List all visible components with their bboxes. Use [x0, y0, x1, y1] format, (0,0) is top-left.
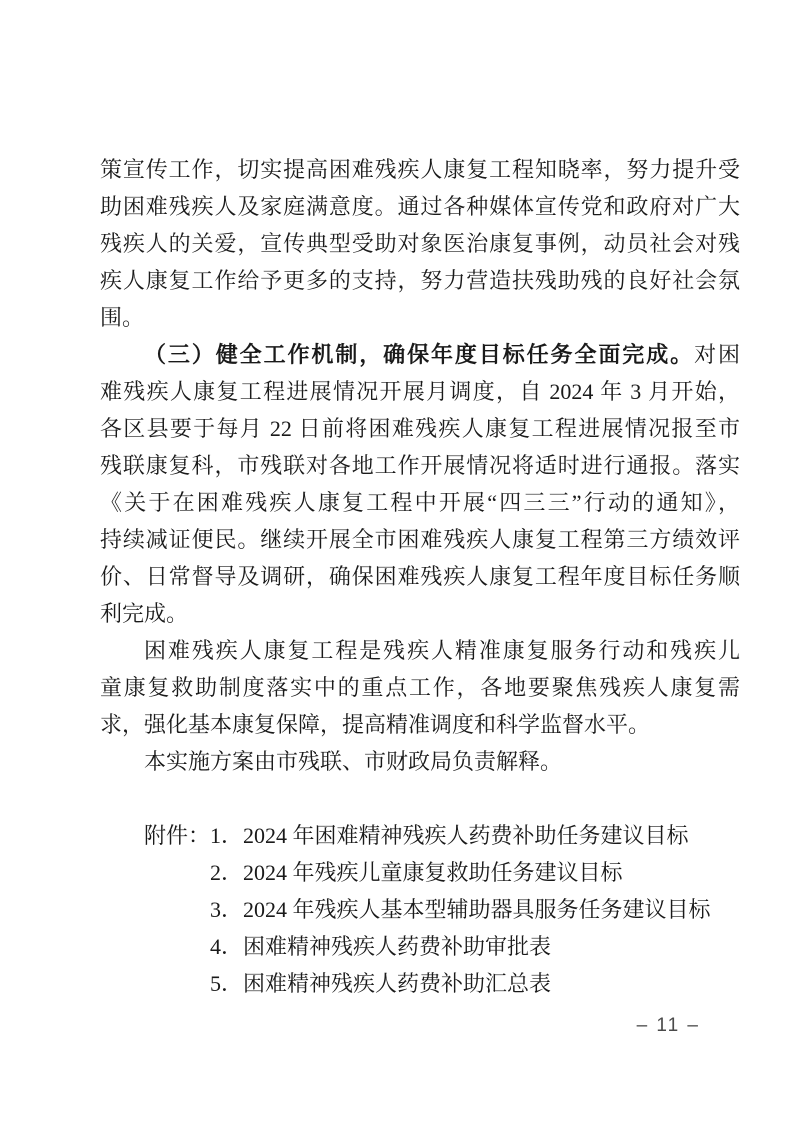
- text-line: 疾人康复工作给予更多的支持，努力营造扶残助残的良好社会氛: [100, 262, 740, 299]
- text-line: 求，强化基本康复保障，提高精准调度和科学监督水平。: [100, 706, 740, 743]
- paragraph-summary: 困难残疾人康复工程是残疾人精准康复服务行动和残疾儿 童康复救助制度落实中的重点工…: [100, 632, 740, 743]
- text-line: 价、日常督导及调研，确保困难残疾人康复工程年度目标任务顺: [100, 558, 740, 595]
- text-line: 围。: [100, 299, 740, 336]
- paragraph-section-three: （三）健全工作机制，确保年度目标任务全面完成。对困 难残疾人康复工程进展情况开展…: [100, 336, 740, 632]
- text-line: 本实施方案由市残联、市财政局负责解释。: [100, 743, 740, 780]
- attachment-item: 4．困难精神残疾人药费补助审批表: [210, 928, 740, 965]
- document-page: 策宣传工作，切实提高困难残疾人康复工程知晓率，努力提升受 助困难残疾人及家庭满意…: [0, 0, 794, 1123]
- attachments-block: 附件： 1．2024 年困难精神残疾人药费补助任务建议目标 2．2024 年残疾…: [100, 817, 740, 1002]
- text-line: 持续减证便民。继续开展全市困难残疾人康复工程第三方绩效评: [100, 521, 740, 558]
- paragraph-interpretation: 本实施方案由市残联、市财政局负责解释。: [100, 743, 740, 780]
- paragraph-continuation: 策宣传工作，切实提高困难残疾人康复工程知晓率，努力提升受 助困难残疾人及家庭满意…: [100, 151, 740, 336]
- text-line: 助困难残疾人及家庭满意度。通过各种媒体宣传党和政府对广大: [100, 188, 740, 225]
- attachment-item: 3．2024 年残疾人基本型辅助器具服务任务建议目标: [210, 891, 740, 928]
- section-lead-text: 对困: [694, 342, 740, 367]
- text-line: 策宣传工作，切实提高困难残疾人康复工程知晓率，努力提升受: [100, 151, 740, 188]
- attachment-item: 2．2024 年残疾儿童康复救助任务建议目标: [210, 854, 740, 891]
- text-line: 利完成。: [100, 595, 740, 632]
- text-line: 《关于在困难残疾人康复工程中开展“四三三”行动的通知》，: [100, 484, 740, 521]
- text-line: 难残疾人康复工程进展情况开展月调度，自 2024 年 3 月开始，: [100, 373, 740, 410]
- text-line: 残联康复科，市残联对各地工作开展情况将适时进行通报。落实: [100, 447, 740, 484]
- section-heading-bold: （三）健全工作机制，确保年度目标任务全面完成。: [144, 342, 694, 367]
- text-line: 残疾人的关爱，宣传典型受助对象医治康复事例，动员社会对残: [100, 225, 740, 262]
- text-line: 童康复救助制度落实中的重点工作，各地要聚焦残疾人康复需: [100, 669, 740, 706]
- attachment-item: 1．2024 年困难精神残疾人药费补助任务建议目标: [210, 817, 740, 854]
- document-body: 策宣传工作，切实提高困难残疾人康复工程知晓率，努力提升受 助困难残疾人及家庭满意…: [100, 151, 740, 1002]
- attachment-item: 5．困难精神残疾人药费补助汇总表: [210, 965, 740, 1002]
- attachments-list: 1．2024 年困难精神残疾人药费补助任务建议目标 2．2024 年残疾儿童康复…: [210, 817, 740, 1002]
- text-line: 困难残疾人康复工程是残疾人精准康复服务行动和残疾儿: [100, 632, 740, 669]
- page-number: – 11 –: [637, 1014, 700, 1038]
- text-line: 各区县要于每月 22 日前将困难残疾人康复工程进展情况报至市: [100, 410, 740, 447]
- attachments-label: 附件：: [144, 817, 210, 854]
- text-line: （三）健全工作机制，确保年度目标任务全面完成。对困: [100, 336, 740, 373]
